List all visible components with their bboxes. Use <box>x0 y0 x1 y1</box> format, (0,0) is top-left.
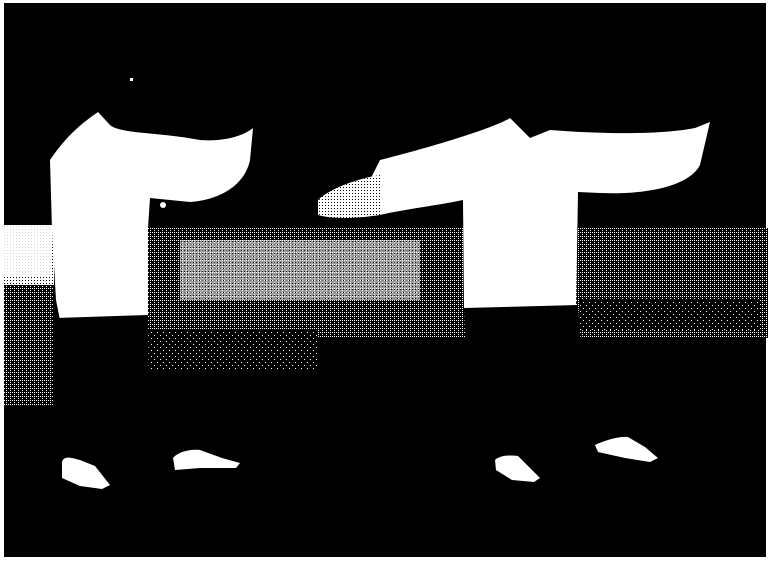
photograph <box>0 0 769 561</box>
